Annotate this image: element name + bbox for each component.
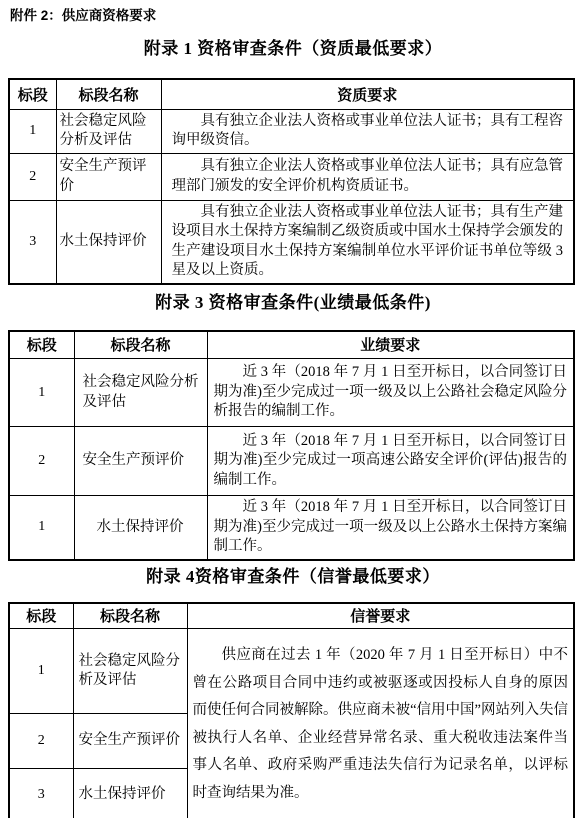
performance-requirements-table: 标段 标段名称 业绩要求 1 社会稳定风险分析及评估 近 3 年（2018 年 … <box>8 330 575 561</box>
section-number: 3 <box>9 200 56 284</box>
table-row: 1 社会稳定风险分析及评估 供应商在过去 1 年（2020 年 7 月 1 日至… <box>9 629 574 714</box>
section-number: 2 <box>9 427 74 496</box>
column-header-performance: 业绩要求 <box>207 331 574 359</box>
section-number: 1 <box>9 629 73 714</box>
table-header-row: 标段 标段名称 信誉要求 <box>9 603 574 629</box>
column-header-section: 标段 <box>9 603 73 629</box>
section-number: 2 <box>9 714 73 769</box>
table-row: 1 社会稳定风险分析及评估 近 3 年（2018 年 7 月 1 日至开标日，以… <box>9 359 574 427</box>
requirement-text: 近 3 年（2018 年 7 月 1 日至开标日，以合同签订日期为准)至少完成过… <box>214 363 568 422</box>
column-header-qualification: 资质要求 <box>161 79 574 109</box>
section-number: 1 <box>9 109 56 153</box>
table-header-row: 标段 标段名称 资质要求 <box>9 79 574 109</box>
column-header-section: 标段 <box>9 331 74 359</box>
requirement-text: 具有独立企业法人资格或事业单位法人证书；具有工程咨询甲级资信。 <box>172 112 564 151</box>
qualification-requirements-table: 标段 标段名称 资质要求 1 社会稳定风险分析及评估 具有独立企业法人资格或事业… <box>8 78 575 285</box>
requirement-text: 具有独立企业法人资格或事业单位法人证书；具有生产建设项目水土保持方案编制乙级资质… <box>172 203 564 281</box>
table-header-row: 标段 标段名称 业绩要求 <box>9 331 574 359</box>
requirement-cell: 近 3 年（2018 年 7 月 1 日至开标日，以合同签订日期为准)至少完成过… <box>207 359 574 427</box>
document-title: 附件 2：供应商资格要求 <box>10 8 586 24</box>
requirement-text: 近 3 年（2018 年 7 月 1 日至开标日，以合同签订日期为准)至少完成过… <box>214 432 568 491</box>
requirement-text: 具有独立企业法人资格或事业单位法人证书；具有应急管理部门颁发的安全评价机构资质证… <box>172 157 564 196</box>
column-header-section-name: 标段名称 <box>74 331 207 359</box>
section-heading-appendix-4: 附录 4资格审查条件（信誉最低要求） <box>0 566 586 587</box>
section-name: 水土保持评价 <box>73 769 187 818</box>
section-name: 水土保持评价 <box>74 496 207 560</box>
requirement-cell: 具有独立企业法人资格或事业单位法人证书；具有生产建设项目水土保持方案编制乙级资质… <box>161 200 574 284</box>
section-name: 社会稳定风险分析及评估 <box>73 629 187 714</box>
requirement-cell: 具有独立企业法人资格或事业单位法人证书；具有应急管理部门颁发的安全评价机构资质证… <box>161 153 574 200</box>
requirement-cell: 近 3 年（2018 年 7 月 1 日至开标日，以合同签订日期为准)至少完成过… <box>207 496 574 560</box>
reputation-requirements-table: 标段 标段名称 信誉要求 1 社会稳定风险分析及评估 供应商在过去 1 年（20… <box>8 602 575 818</box>
column-header-section-name: 标段名称 <box>73 603 187 629</box>
requirement-text: 近 3 年（2018 年 7 月 1 日至开标日，以合同签订日期为准)至少完成过… <box>214 498 568 557</box>
section-name: 安全生产预评价 <box>74 427 207 496</box>
section-name: 安全生产预评价 <box>73 714 187 769</box>
table-row: 1 水土保持评价 近 3 年（2018 年 7 月 1 日至开标日，以合同签订日… <box>9 496 574 560</box>
column-header-section-name: 标段名称 <box>56 79 161 109</box>
section-name: 社会稳定风险分析及评估 <box>56 109 161 153</box>
requirement-cell: 具有独立企业法人资格或事业单位法人证书；具有工程咨询甲级资信。 <box>161 109 574 153</box>
section-heading-appendix-1: 附录 1 资格审查条件（资质最低要求） <box>0 38 586 59</box>
requirement-text: 供应商在过去 1 年（2020 年 7 月 1 日至开标日）中不曾在公路项目合同… <box>193 642 569 807</box>
table-row: 1 社会稳定风险分析及评估 具有独立企业法人资格或事业单位法人证书；具有工程咨询… <box>9 109 574 153</box>
requirement-cell: 近 3 年（2018 年 7 月 1 日至开标日，以合同签订日期为准)至少完成过… <box>207 427 574 496</box>
table-row: 3 水土保持评价 具有独立企业法人资格或事业单位法人证书；具有生产建设项目水土保… <box>9 200 574 284</box>
table-row: 2 安全生产预评价 具有独立企业法人资格或事业单位法人证书；具有应急管理部门颁发… <box>9 153 574 200</box>
column-header-reputation: 信誉要求 <box>187 603 574 629</box>
merged-requirement-cell: 供应商在过去 1 年（2020 年 7 月 1 日至开标日）中不曾在公路项目合同… <box>187 629 574 818</box>
section-name: 安全生产预评价 <box>56 153 161 200</box>
column-header-section: 标段 <box>9 79 56 109</box>
section-name: 水土保持评价 <box>56 200 161 284</box>
section-number: 1 <box>9 496 74 560</box>
table-row: 2 安全生产预评价 近 3 年（2018 年 7 月 1 日至开标日，以合同签订… <box>9 427 574 496</box>
section-heading-appendix-3: 附录 3 资格审查条件(业绩最低条件) <box>0 292 586 313</box>
section-number: 2 <box>9 153 56 200</box>
section-name: 社会稳定风险分析及评估 <box>74 359 207 427</box>
section-number: 1 <box>9 359 74 427</box>
section-number: 3 <box>9 769 73 818</box>
